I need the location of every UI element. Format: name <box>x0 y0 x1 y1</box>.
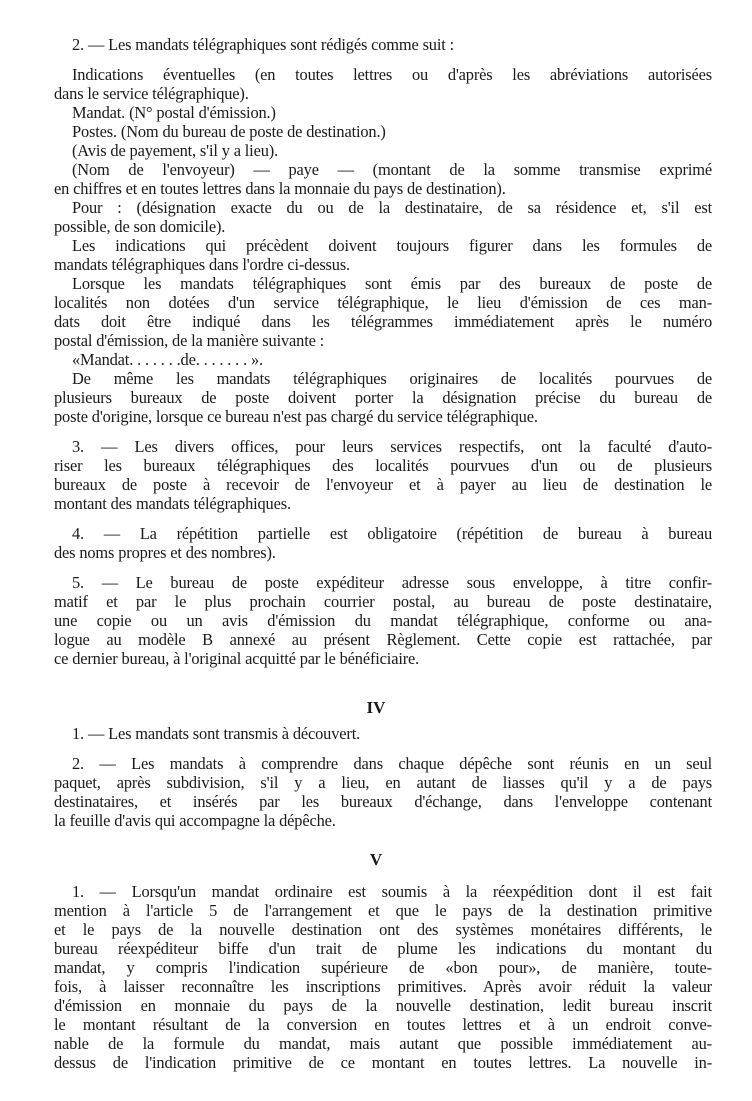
text-line: montant des mandats télégraphiques. <box>54 494 712 513</box>
text-line: fois, à laisser reconnaître les inscript… <box>54 977 712 996</box>
text-line: bureau réexpéditeur biffe d'un trait de … <box>54 939 712 958</box>
text-line: (Nom de l'envoyeur) — paye — (montant de… <box>72 160 712 179</box>
text-line: mention à l'article 5 de l'arrangement e… <box>54 901 712 920</box>
text-line: possible, de son domicile). <box>54 217 712 236</box>
text-line: Les indications qui précèdent doivent to… <box>72 236 712 255</box>
paragraph-3: 3. — Les divers offices, pour leurs serv… <box>72 437 712 456</box>
paragraph-4: 4. — La répétition partielle est obligat… <box>72 524 712 543</box>
text-line: Indications éventuelles (en toutes lettr… <box>72 65 712 84</box>
text-line: paquet, après subdivision, s'il y a lieu… <box>54 773 712 792</box>
text-line: dats doit être indiqué dans les télégram… <box>54 312 712 331</box>
text-line: plusieurs bureaux de poste doivent porte… <box>54 388 712 407</box>
paragraph-5: 5. — Le bureau de poste expéditeur adres… <box>72 573 712 592</box>
text-line: riser les bureaux télégraphiques des loc… <box>54 456 712 475</box>
text-line: Postes. (Nom du bureau de poste de desti… <box>72 122 712 141</box>
text-line: dans le service télégraphique). <box>54 84 712 103</box>
text-line: des noms propres et des nombres). <box>54 543 712 562</box>
section-v-paragraph-1: 1. — Lorsqu'un mandat ordinaire est soum… <box>72 882 712 901</box>
text-line: matif et par le plus prochain courrier p… <box>54 592 712 611</box>
text-line: postal d'émission, de la manière suivant… <box>54 331 712 350</box>
text-line: Mandat. (N° postal d'émission.) <box>72 103 712 122</box>
text-line: une copie ou un avis d'émission du manda… <box>54 611 712 630</box>
text-line: en chiffres et en toutes lettres dans la… <box>54 179 712 198</box>
text-line: localités non dotées d'un service télégr… <box>54 293 712 312</box>
section-iv-paragraph-1: 1. — Les mandats sont transmis à découve… <box>72 724 712 743</box>
text-line: nable de la formule du mandat, mais auta… <box>54 1034 712 1053</box>
document-page: 2. — Les mandats télégraphiques sont réd… <box>0 0 752 1101</box>
paragraph-2-heading: 2. — Les mandats télégraphiques sont réd… <box>72 35 712 54</box>
text-line: bureaux de poste à recevoir de l'envoyeu… <box>54 475 712 494</box>
text-line: ce dernier bureau, à l'original acquitté… <box>54 649 712 668</box>
text-line: De même les mandats télégraphiques origi… <box>72 369 712 388</box>
text-line: d'émission en monnaie du pays de la nouv… <box>54 996 712 1015</box>
text-line: mandats télégraphiques dans l'ordre ci-d… <box>54 255 712 274</box>
section-iv-paragraph-2: 2. — Les mandats à comprendre dans chaqu… <box>72 754 712 773</box>
section-heading-iv: IV <box>0 698 752 718</box>
text-line: logue au modèle B annexé au présent Règl… <box>54 630 712 649</box>
text-line: le montant résultant de la conversion en… <box>54 1015 712 1034</box>
text-line: (Avis de payement, s'il y a lieu). <box>72 141 712 160</box>
section-heading-v: V <box>0 850 752 870</box>
text-line: poste d'origine, lorsque ce bureau n'est… <box>54 407 712 426</box>
text-line: et le pays de la nouvelle destination on… <box>54 920 712 939</box>
text-line: destinataires, et insérés par les bureau… <box>54 792 712 811</box>
text-line: «Mandat. . . . . . .de. . . . . . . ». <box>72 350 712 369</box>
text-line: Pour : (désignation exacte du ou de la d… <box>72 198 712 217</box>
text-line: la feuille d'avis qui accompagne la dépê… <box>54 811 712 830</box>
text-line: dessus de l'indication primitive de ce m… <box>54 1053 712 1072</box>
text-line: mandat, y compris l'indication supérieur… <box>54 958 712 977</box>
text-line: Lorsque les mandats télégraphiques sont … <box>72 274 712 293</box>
